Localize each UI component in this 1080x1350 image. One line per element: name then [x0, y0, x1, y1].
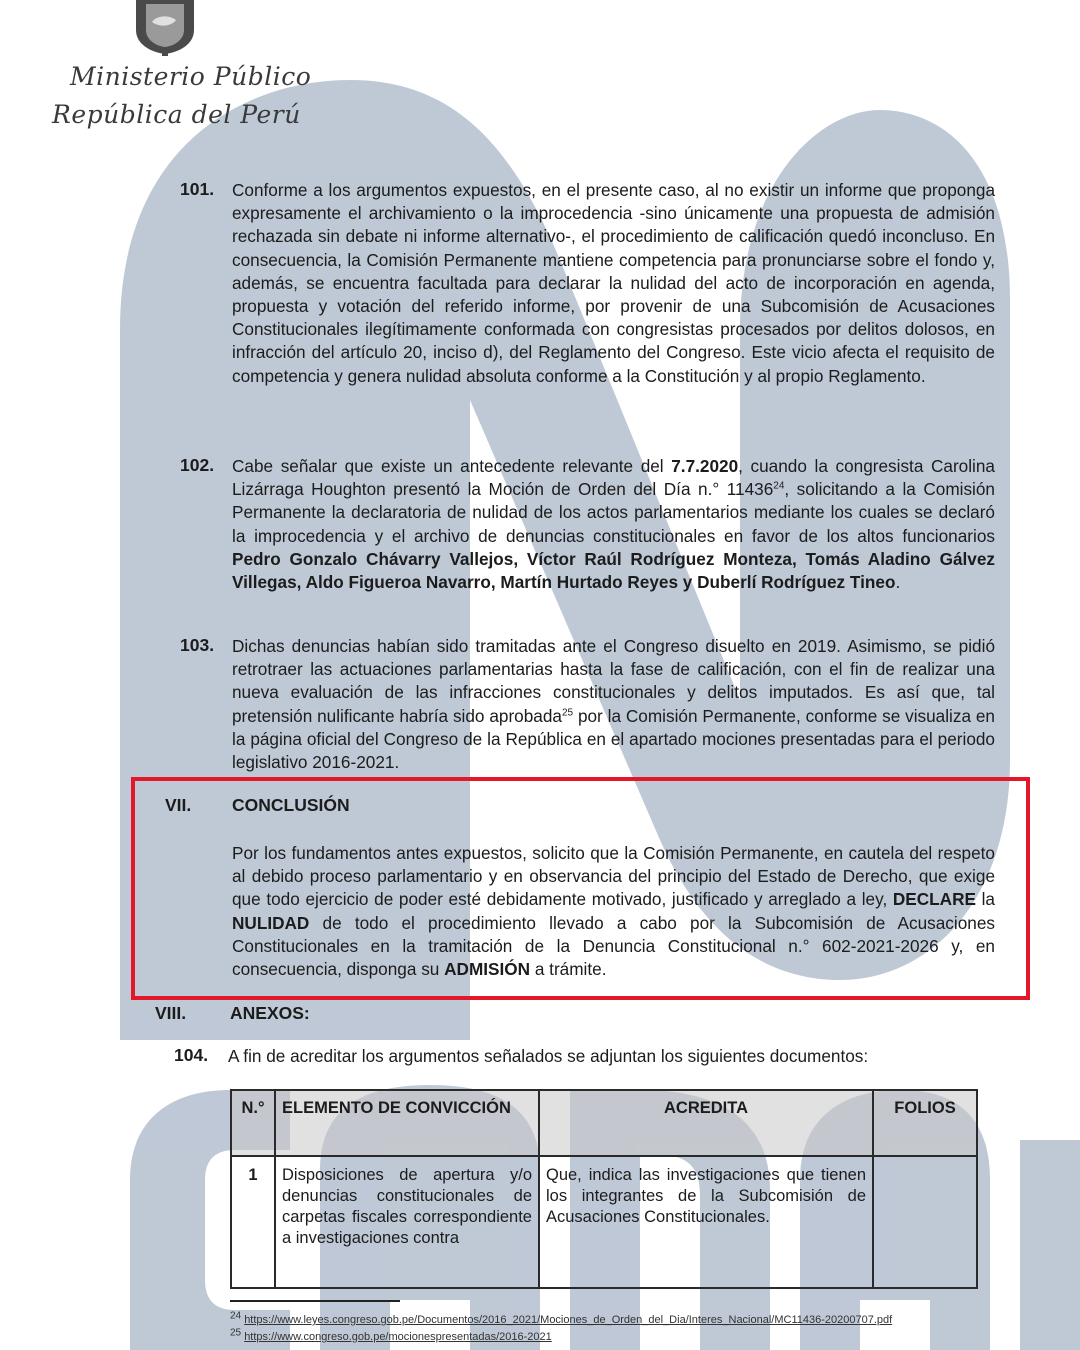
declare-bold: DECLARE [893, 889, 976, 909]
footnote-25-link[interactable]: https://www.congreso.gob.pe/mocionespres… [244, 1331, 552, 1343]
org-name-line2: República del Perú [52, 100, 301, 129]
paragraph-number-103: 103. [180, 635, 214, 656]
paragraph-103: Dichas denuncias habían sido tramitadas … [232, 635, 995, 774]
col-header-acredita: ACREDITA [539, 1090, 873, 1156]
col-header-element: ELEMENTO DE CONVICCIÓN [275, 1090, 539, 1156]
peru-coat-of-arms-icon [128, 0, 202, 56]
officials-names: Pedro Gonzalo Chávarry Vallejos, Víctor … [232, 549, 995, 592]
footnote-24: 24 https://www.leyes.congreso.gob.pe/Doc… [230, 1314, 892, 1326]
section-number-vii: VII. [165, 795, 191, 816]
section-title-conclusion: CONCLUSIÓN [232, 795, 350, 816]
table-header-row: N.° ELEMENTO DE CONVICCIÓN ACREDITA FOLI… [231, 1090, 977, 1156]
col-header-number: N.° [231, 1090, 275, 1156]
footnote-divider [230, 1300, 400, 1302]
paragraph-number-104: 104. [174, 1045, 208, 1066]
paragraph-104: A fin de acreditar los argumentos señala… [228, 1045, 991, 1068]
paragraph-102: Cabe señalar que existe un antecedente r… [232, 455, 995, 594]
col-header-folios: FOLIOS [873, 1090, 977, 1156]
paragraph-number-101: 101. [180, 179, 214, 200]
paragraph-101: Conforme a los argumentos expuestos, en … [232, 179, 995, 388]
footnote-ref-24[interactable]: 24 [773, 480, 784, 491]
cell-number: 1 [231, 1156, 275, 1288]
org-name-line1: Ministerio Público [70, 62, 311, 91]
footnote-24-link[interactable]: https://www.leyes.congreso.gob.pe/Docume… [244, 1314, 892, 1326]
table-row: 1 Disposiciones de apertura y/o denuncia… [231, 1156, 977, 1288]
conclusion-text: Por los fundamentos antes expuestos, sol… [232, 842, 995, 981]
nulidad-bold: NULIDAD [232, 913, 309, 933]
date-bold: 7.7.2020 [671, 456, 738, 476]
footnote-ref-25[interactable]: 25 [562, 707, 573, 718]
cell-element: Disposiciones de apertura y/o denuncias … [275, 1156, 539, 1288]
footnote-25: 25 https://www.congreso.gob.pe/mocionesp… [230, 1331, 552, 1343]
cell-folios [873, 1156, 977, 1288]
section-title-anexos: ANEXOS: [230, 1003, 310, 1024]
admision-bold: ADMISIÓN [444, 959, 530, 979]
section-number-viii: VIII. [155, 1003, 186, 1024]
annexes-table: N.° ELEMENTO DE CONVICCIÓN ACREDITA FOLI… [230, 1089, 978, 1289]
paragraph-number-102: 102. [180, 455, 214, 476]
cell-acredita: Que, indica las investigaciones que tien… [539, 1156, 873, 1288]
